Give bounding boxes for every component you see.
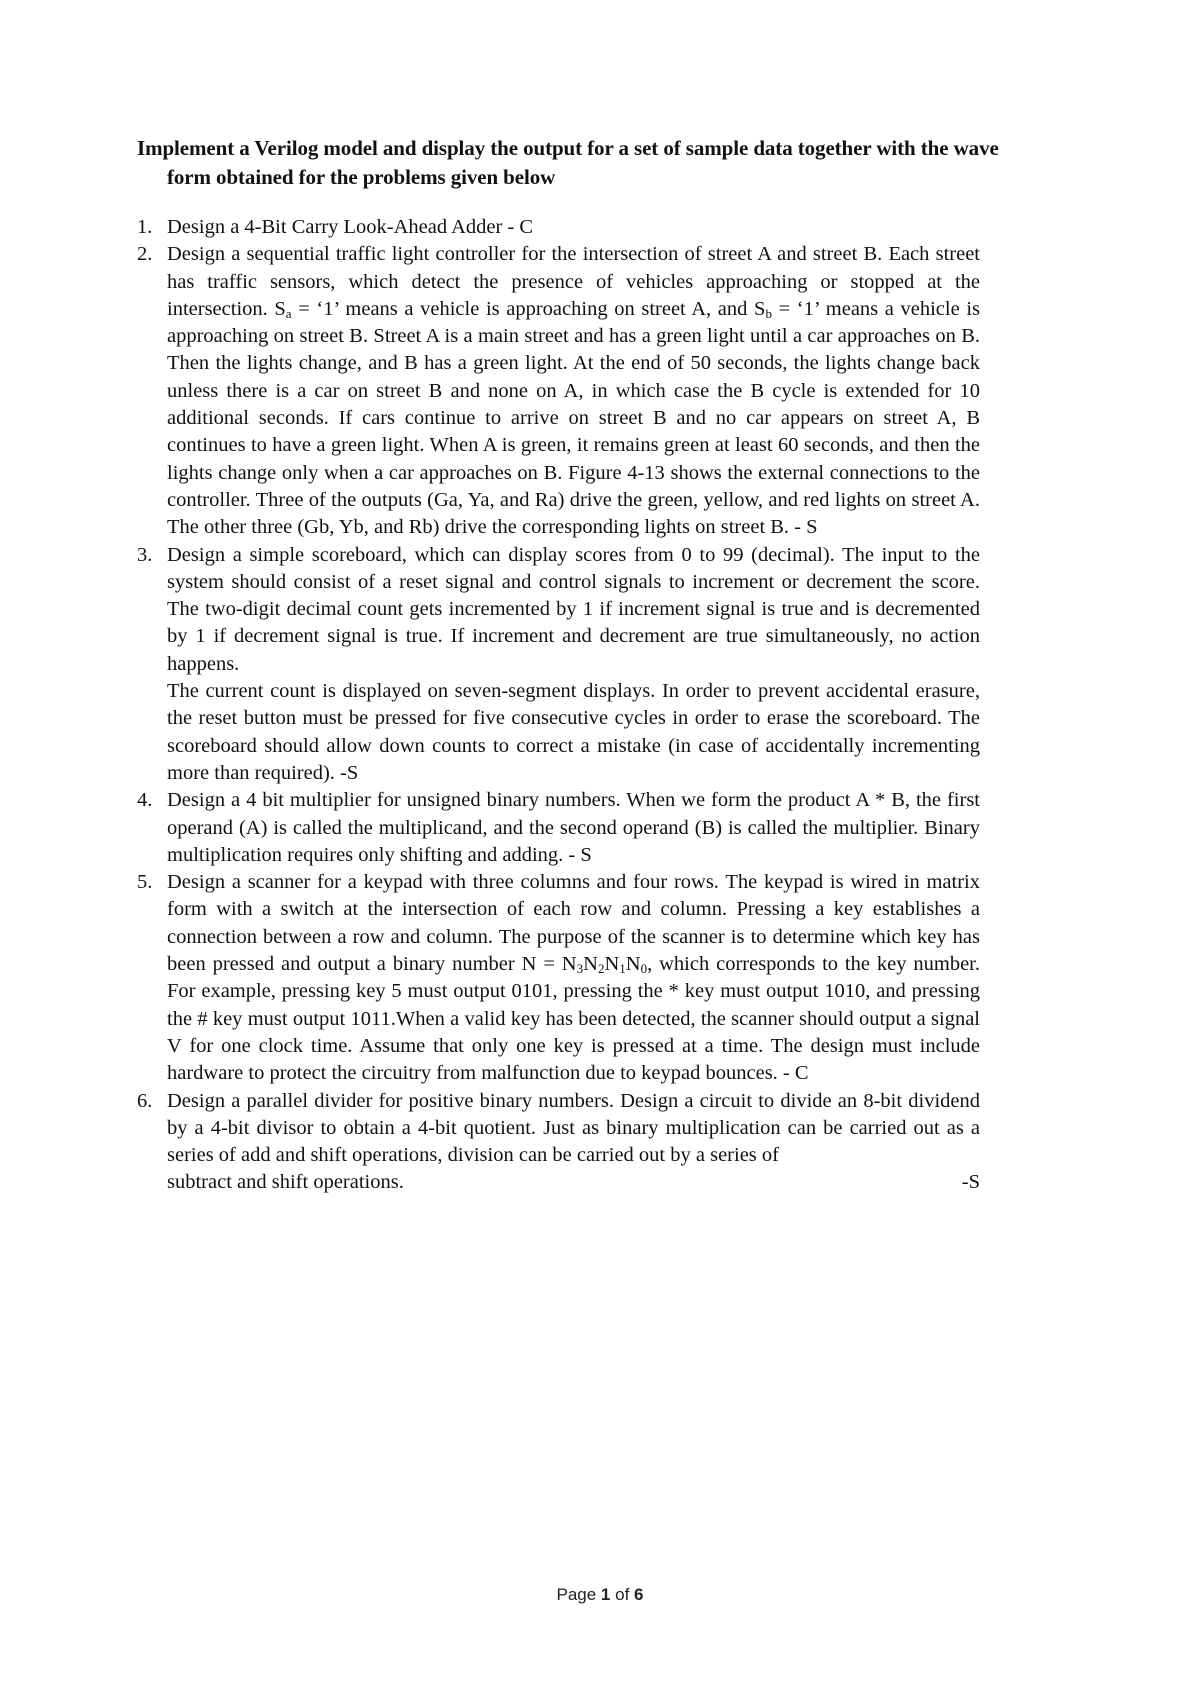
task-text: Design a 4 bit multiplier for unsigned b… [167, 787, 980, 869]
task-text: Design a sequential traffic light contro… [167, 241, 980, 541]
of-label: of [615, 1585, 629, 1604]
task-paragraph-1: Design a simple scoreboard, which can di… [167, 542, 980, 678]
task-tag: -S [962, 1169, 980, 1196]
page-label: Page [556, 1585, 596, 1604]
page-footer: Page 1 of 6 [0, 1585, 1200, 1605]
task-list: 1. Design a 4-Bit Carry Look-Ahead Adder… [137, 214, 980, 1197]
task-text-part: N [604, 953, 619, 975]
task-text-part: N [626, 953, 641, 975]
task-text: Design a 4-Bit Carry Look-Ahead Adder - … [167, 214, 980, 241]
assignment-heading: Implement a Verilog model and display th… [137, 134, 1017, 192]
task-number: 3. [137, 542, 152, 569]
task-item-3: 3. Design a simple scoreboard, which can… [137, 542, 980, 788]
task-text-part: subtract and shift operations. [167, 1169, 404, 1196]
task-text-part: = ‘1’ means a vehicle is approaching on … [167, 298, 980, 538]
task-item-6: 6. Design a parallel divider for positiv… [137, 1088, 980, 1197]
task-item-4: 4. Design a 4 bit multiplier for unsigne… [137, 787, 980, 869]
task-number: 5. [137, 869, 152, 896]
task-last-line: subtract and shift operations. -S [167, 1169, 980, 1196]
page-total: 6 [634, 1585, 643, 1604]
task-number: 6. [137, 1088, 152, 1115]
task-text: Design a parallel divider for positive b… [167, 1088, 980, 1170]
task-number: 2. [137, 241, 152, 268]
task-number: 4. [137, 787, 152, 814]
page-current: 1 [601, 1585, 610, 1604]
task-paragraph-2: The current count is displayed on seven-… [167, 678, 980, 787]
task-item-1: 1. Design a 4-Bit Carry Look-Ahead Adder… [137, 214, 980, 241]
task-text-part: = ‘1’ means a vehicle is approaching on … [292, 298, 766, 320]
task-item-2: 2. Design a sequential traffic light con… [137, 241, 980, 541]
document-page: Implement a Verilog model and display th… [0, 0, 1200, 1696]
task-item-5: 5. Design a scanner for a keypad with th… [137, 869, 980, 1087]
task-text: Design a scanner for a keypad with three… [167, 869, 980, 1087]
task-number: 1. [137, 214, 152, 241]
task-text-part: N [583, 953, 598, 975]
